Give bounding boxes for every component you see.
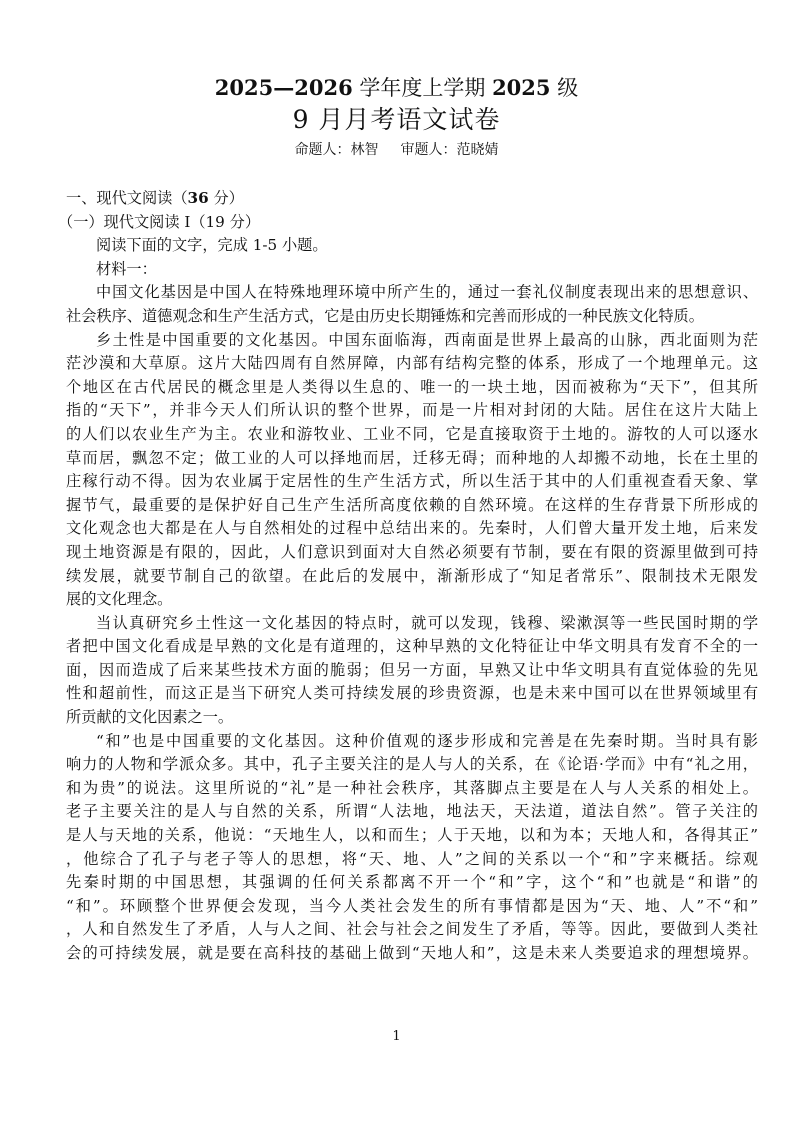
passage-line: 当认真研究乡土性这一文化基因的特点时，就可以发现，钱穆、梁漱溟等一些民国时期的学 (66, 612, 758, 636)
passage-line: 的人们以农业生产为主。农业和游牧业、工业不同，它是直接取资于土地的。游牧的人可以… (66, 423, 758, 447)
passage-line: 者把中国文化看成是早熟的文化是有道理的，这种早熟的文化特征让中华文明具有发育不全… (66, 635, 758, 659)
exam-title-line2: 9 月月考语文试卷 (0, 100, 793, 136)
passage-line: 文化观念也大都是在人与自然相处的过程中总结出来的。先秦时，人们曾大量开发土地，后… (66, 517, 758, 541)
title-grade-suffix: 级 (551, 76, 579, 100)
passage-line: 现土地资源是有限的，因此，人们意识到面对大自然必须要有节制，要在有限的资源里做到… (66, 541, 758, 565)
section-heading-prefix: 一、现代文阅读（ (66, 189, 188, 207)
section-heading: 一、现代文阅读（36 分） (66, 187, 758, 211)
passage-line: 指的“天下”，并非今天人们所认识的整个世界，而是一片相对封闭的大陆。居住在这片大… (66, 399, 758, 423)
page-number: 1 (0, 1029, 793, 1044)
section-score: 36 (188, 189, 209, 207)
passage-line: 个地区在古代居民的概念里是人类得以生息的、唯一的一块土地，因而被称为“天下”，但… (66, 376, 758, 400)
material-label: 材料一： (66, 258, 758, 282)
passage-line: “和”。环顾整个世界便会发现，当今人类社会发生的所有事情都是因为“天、地、人”不… (66, 895, 758, 919)
passage-line: 响力的人物和学派众多。其中，孔子主要关注的是人与人的关系，在《论语·学而》中有“… (66, 753, 758, 777)
passage-line: 和为贵”的说法。这里所说的“礼”是一种社会秩序，其落脚点主要是在人与人关系的相处… (66, 777, 758, 801)
section-heading-suffix: 分） (209, 189, 244, 207)
passage-line: 社会秩序、道德观念和生产生活方式，它是由历史长期锤炼和完善而形成的一种民族文化特… (66, 305, 758, 329)
passage-line: “和”也是中国重要的文化基因。这种价值观的逐步形成和完善是在先秦时期。当时具有影 (66, 730, 758, 754)
passage-line: 握节气，最重要的是保护好自己生产生活所高度依赖的自然环境。在这样的生存背景下所形… (66, 494, 758, 518)
passage-line: 先秦时期的中国思想，其强调的任何关系都离不开一个“和”字，这个“和”也就是“和谐… (66, 871, 758, 895)
passage-line: 所贡献的文化因素之一。 (66, 706, 758, 730)
passage-line: 会的可持续发展，就是要在高科技的基础上做到“天地人和”，这是未来人类要追求的理想… (66, 942, 758, 966)
exam-body: 一、现代文阅读（36 分） （一）现代文阅读 Ⅰ（19 分） 阅读下面的文字，完… (66, 187, 758, 966)
passage-line: 中国文化基因是中国人在特殊地理环境中所产生的，通过一套礼仪制度表现出来的思想意识… (66, 281, 758, 305)
question-setter: 命题人：林智 (295, 142, 379, 158)
passage-line: 乡土性是中国重要的文化基因。中国东面临海，西南面是世界上最高的山脉，西北面则为茫 (66, 329, 758, 353)
passage-line: 面，因而造成了后来某些技术方面的脆弱；但另一方面，早熟又让中华文明具有直觉体验的… (66, 659, 758, 683)
passage-line: ，人和自然发生了矛盾，人与人之间、社会与社会之间发生了矛盾，等等。因此，要做到人… (66, 918, 758, 942)
passage-line: 是人与天地的关系，他说：“天地生人，以和而生；人于天地，以和为本；天地人和，各得… (66, 824, 758, 848)
passage-line: ，他综合了孔子与老子等人的思想，将“天、地、人”之间的关系以一个“和”字来概括。… (66, 848, 758, 872)
passage-line: 展的文化理念。 (66, 588, 758, 612)
passage-line: 性和超前性，而这正是当下研究人类可持续发展的珍贵资源，也是未来中国可以在世界领域… (66, 682, 758, 706)
passage-text: 中国文化基因是中国人在特殊地理环境中所产生的，通过一套礼仪制度表现出来的思想意识… (66, 281, 758, 965)
exam-page: 2025—2026 学年度上学期 2025 级 9 月月考语文试卷 命题人：林智… (0, 0, 793, 1122)
title-year-range: 2025—2026 (215, 75, 353, 100)
passage-line: 续发展，就要节制自己的欲望。在此后的发展中，渐渐形成了“知足者常乐”、限制技术无… (66, 565, 758, 589)
subsection-heading: （一）现代文阅读 Ⅰ（19 分） (58, 211, 758, 235)
passage-line: 茫沙漠和大草原。这片大陆四周有自然屏障，内部有结构完整的体系，形成了一个地理单元… (66, 352, 758, 376)
passage-line: 老子主要关注的是人与自然的关系，所谓“人法地，地法天，天法道，道法自然”。管子关… (66, 800, 758, 824)
instruction-text: 阅读下面的文字，完成 1-5 小题。 (66, 234, 758, 258)
passage-line: 庄稼行动不得。因为农业属于定居性的生产生活方式，所以生活于其中的人们重视查看天象… (66, 470, 758, 494)
passage-line: 草而居，飘忽不定；做工业的人可以择地而居，迁移无碍；而种地的人却搬不动地，长在土… (66, 447, 758, 471)
question-reviewer: 审题人：范晓婧 (401, 142, 499, 158)
title-grade-year: 2025 (492, 75, 550, 100)
title-term: 学年度上学期 (353, 76, 492, 100)
exam-title-line1: 2025—2026 学年度上学期 2025 级 (0, 72, 793, 102)
exam-authors: 命题人：林智审题人：范晓婧 (0, 139, 793, 159)
